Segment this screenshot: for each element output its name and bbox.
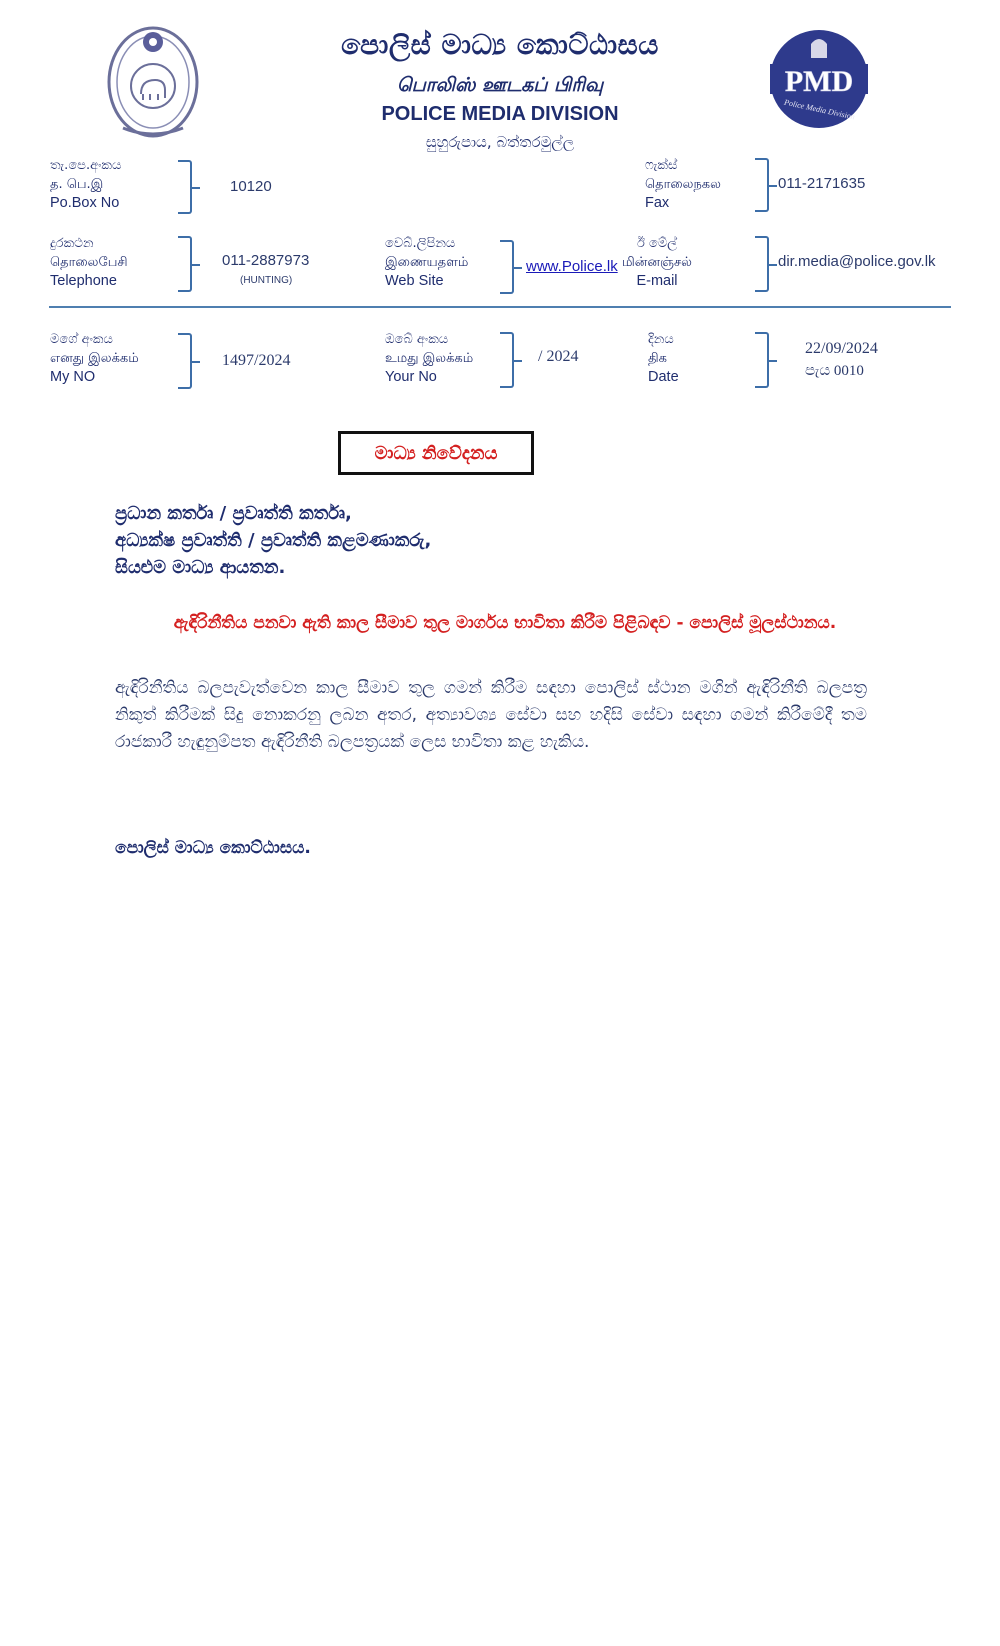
- police-crest-logo: [103, 16, 203, 142]
- telephone-brace: [178, 236, 192, 292]
- time-value: පැය 0010: [805, 362, 864, 380]
- date-value: 22/09/2024: [805, 340, 878, 358]
- pobox-label: තැ.පෙ.අංකය த. பெ.இ Po.Box No: [50, 156, 121, 213]
- addressees: ප්‍රධාන කර්තෘ / ප්‍රවෘත්ති කර්තෘ, අධ්‍යක…: [115, 500, 431, 581]
- my-no-value: 1497/2024: [222, 352, 290, 370]
- telephone-note: (HUNTING): [240, 275, 292, 286]
- header-divider: [49, 306, 951, 308]
- your-no-brace: [500, 332, 514, 388]
- fax-brace: [755, 158, 769, 212]
- notice-title-box: මාධ්‍ය නිවේදනය: [338, 431, 534, 475]
- header-address: සුහුරුපාය, බත්තරමුල්ල: [300, 133, 700, 151]
- header-title-english: POLICE MEDIA DIVISION: [300, 103, 700, 126]
- notice-title: මාධ්‍ය නිවේදනය: [375, 443, 498, 464]
- date-brace: [755, 332, 769, 388]
- your-no-label: ඔබේ අංකය உமது இலக்கம் Your No: [385, 330, 473, 387]
- my-no-label: මගේ අංකය எனது இலக்கம் My NO: [50, 330, 139, 387]
- pobox-value: 10120: [230, 178, 272, 195]
- addressee-line: සියළුම මාධ්‍ය ආයතන.: [115, 554, 431, 581]
- fax-value: 011-2171635: [778, 175, 865, 192]
- signature: පොලිස් මාධ්‍ය කොට්ඨාසය.: [115, 838, 311, 858]
- pmd-logo: PMD Police Media Division: [768, 28, 870, 130]
- addressee-line: ප්‍රධාන කර්තෘ / ප්‍රවෘත්ති කර්තෘ,: [115, 500, 431, 527]
- header-title-sinhala: පොලිස් මාධ්‍ය කොට්ඨාසය: [300, 28, 700, 62]
- email-brace: [755, 236, 769, 292]
- header-title-tamil: பொலிஸ் ஊடகப் பிரிவு: [300, 74, 700, 99]
- your-no-value: / 2024: [538, 348, 578, 366]
- date-label: දිනය திக Date: [648, 330, 679, 387]
- website-label: වෙබ්.ලිපිනය இணையதளம் Web Site: [385, 234, 468, 291]
- pobox-brace: [178, 160, 192, 214]
- subject-heading: ඇඳිරිනීතිය පනවා ඇති කාල සීමාව තුල මාර්ගය…: [140, 610, 870, 637]
- email-value: dir.media@police.gov.lk: [778, 253, 936, 270]
- svg-text:PMD: PMD: [785, 65, 853, 98]
- telephone-label: දුරකථන தொலைபேசி Telephone: [50, 234, 128, 291]
- email-label: ඊ මේල් மின்னஞ்சல் E-mail: [622, 234, 692, 291]
- body-paragraph: ඇඳිරිනීතිය බලපැවැත්වෙන කාල සීමාව තුල ගමන…: [115, 675, 867, 756]
- addressee-line: අධ්‍යක්ෂ ප්‍රවෘත්ති / ප්‍රවෘත්ති කළමණාකර…: [115, 527, 431, 554]
- my-no-brace: [178, 333, 192, 389]
- telephone-value: 011-2887973: [222, 252, 309, 269]
- website-link[interactable]: www.Police.lk: [526, 258, 618, 275]
- website-brace: [500, 240, 514, 294]
- fax-label: ෆැක්ස් தொலைநகல Fax: [645, 156, 721, 213]
